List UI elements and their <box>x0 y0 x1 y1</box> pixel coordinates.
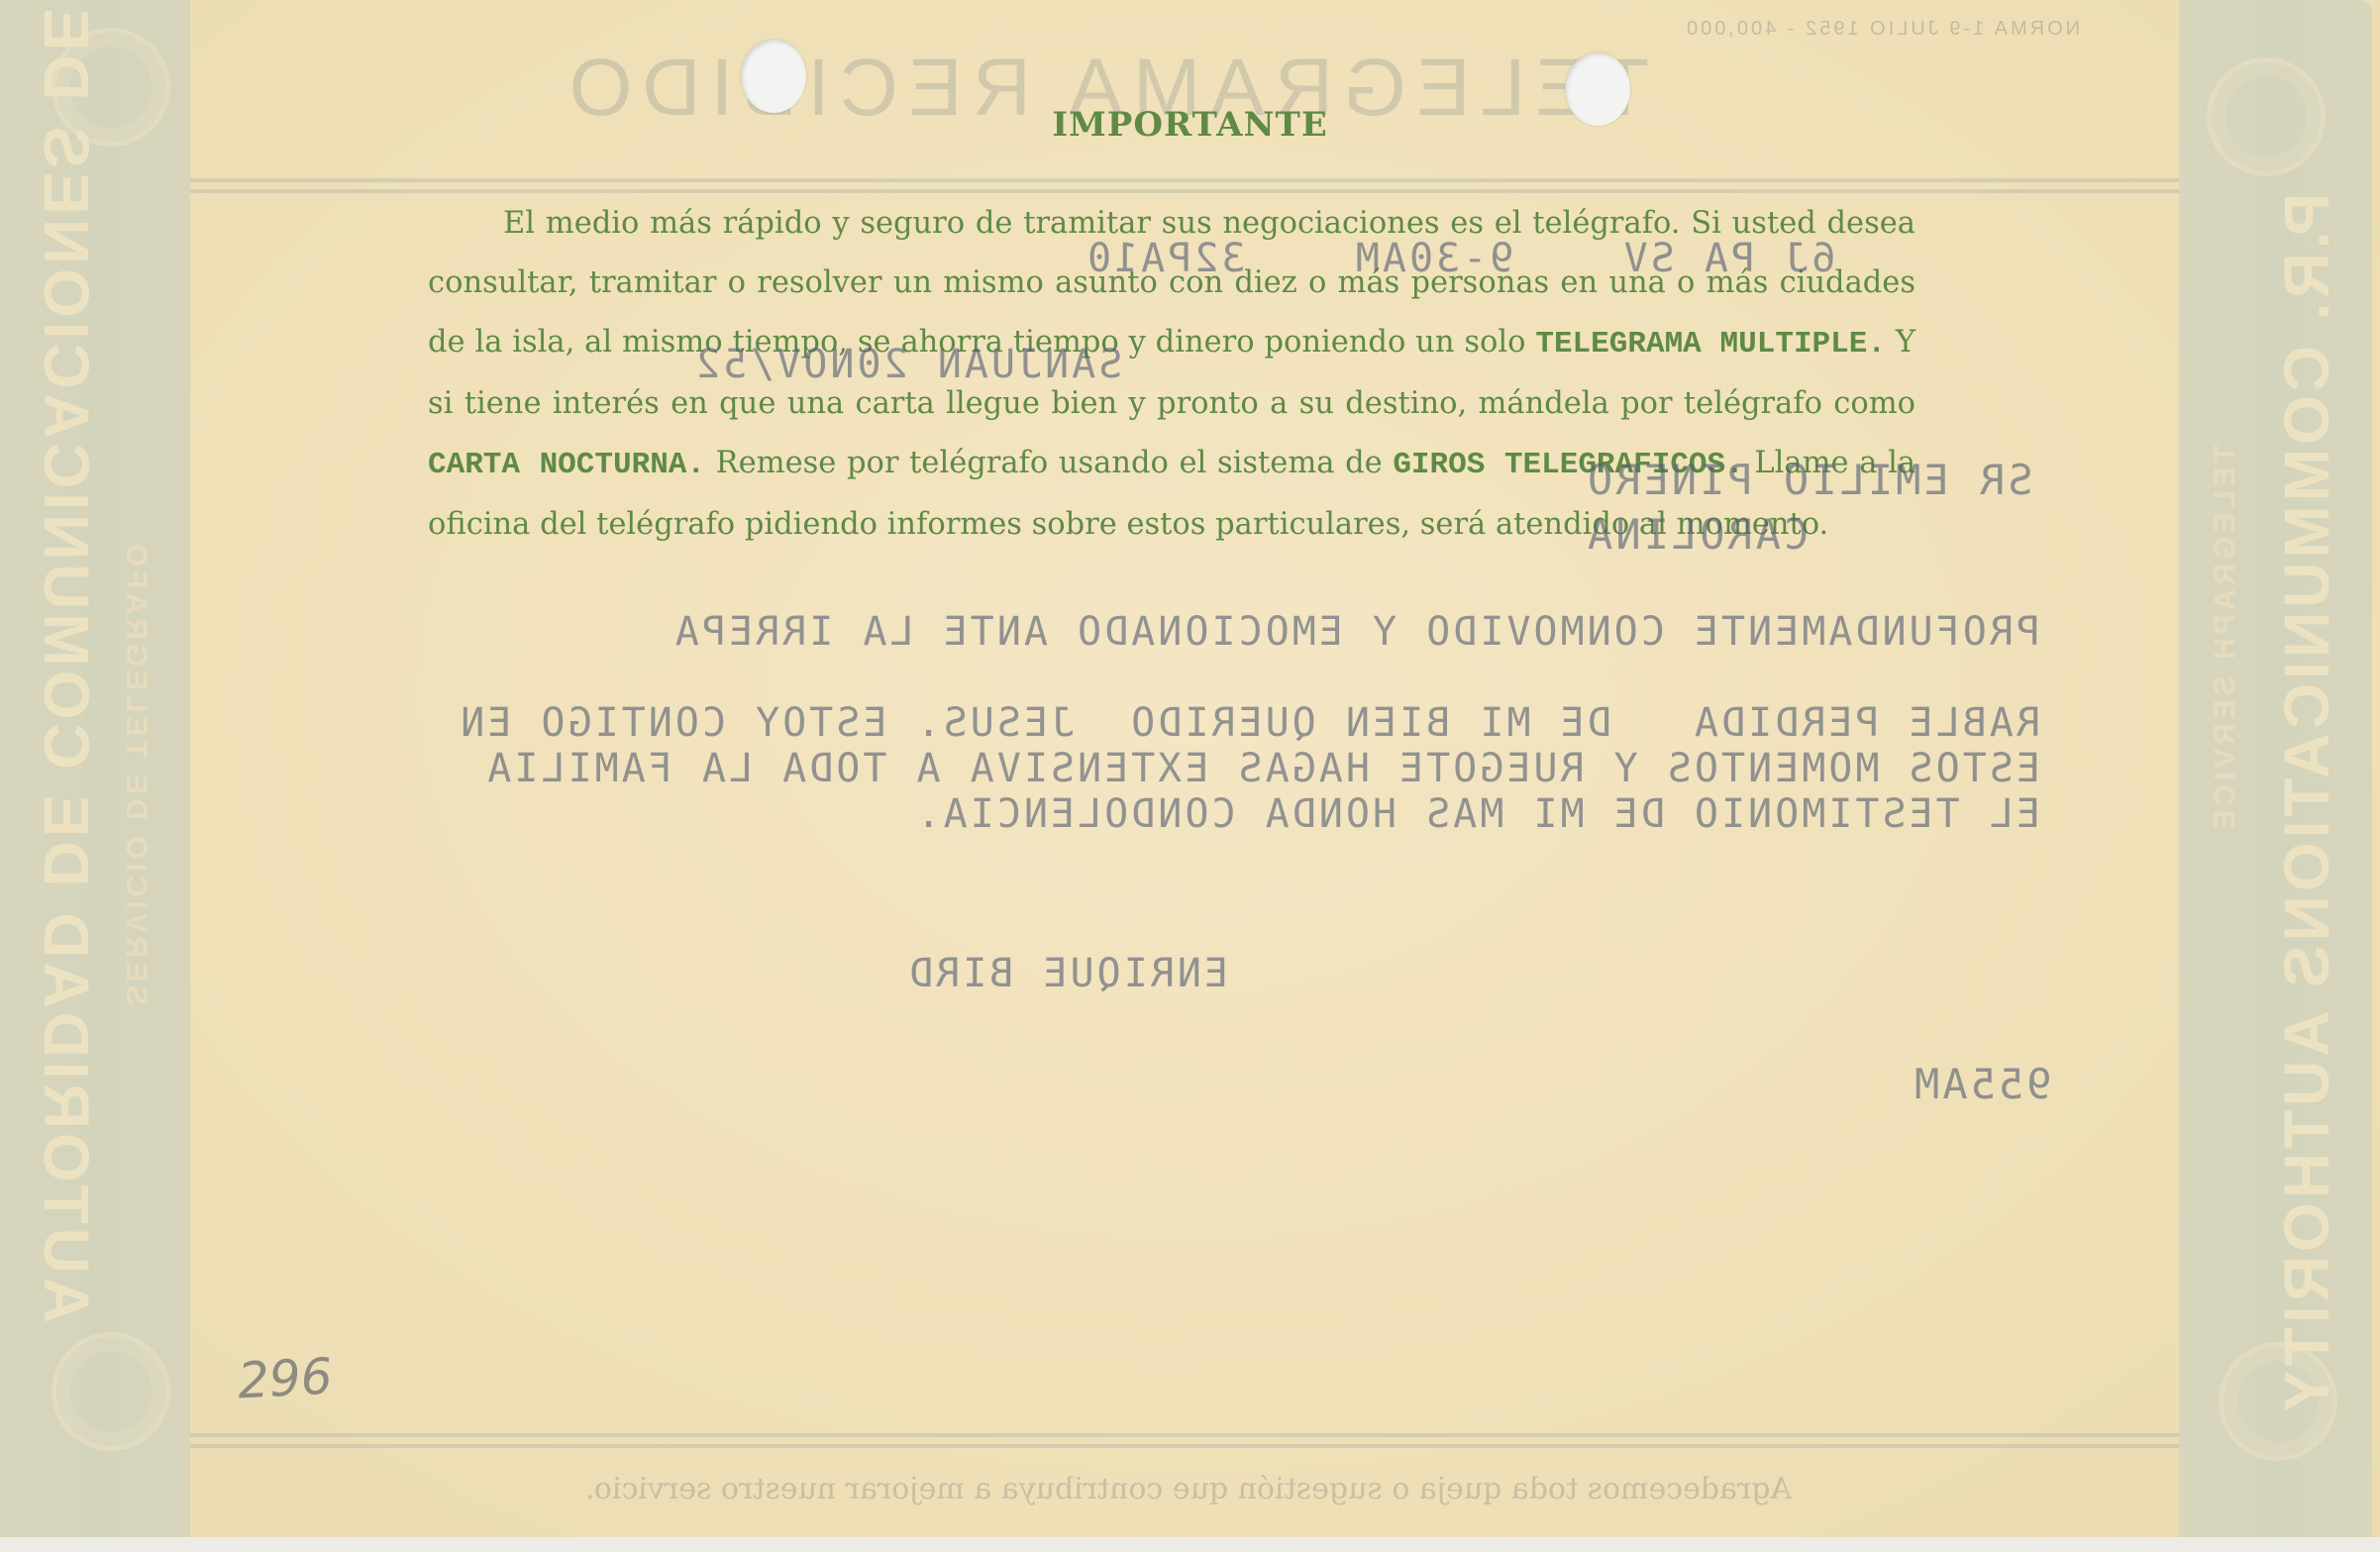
telegram-sender: ENRIQUE BIRD <box>906 951 1228 996</box>
footer-rule <box>190 1433 2179 1437</box>
notice-text: Remese por telégrafo usando el sistema d… <box>705 446 1393 480</box>
right-banner-subtitle: TELEGRAPH SERVICE <box>2209 391 2242 886</box>
footer-rule <box>190 1444 2179 1448</box>
seal-icon <box>2219 1342 2337 1461</box>
right-banner-title: P.R. COMMUNICATIONS AUTHORITY <box>2270 193 2343 1332</box>
form-number-bleed: NORMA 1-9 JULIO 1952 - 400,000 <box>1684 18 2080 41</box>
seal-icon <box>52 1332 170 1451</box>
left-banner-title: AUTORIDAD DE COMUNICACIONES DE P.R. <box>30 174 103 1323</box>
notice-emphasis-carta-nocturna: CARTA NOCTURNA. <box>428 448 705 482</box>
telegram-header-codes: 6J PA SV 9-30AM 32PA10 <box>1085 236 1835 281</box>
left-side-banner: AUTORIDAD DE COMUNICACIONES DE P.R. SERV… <box>0 0 190 1537</box>
telegram-origin-date: SANJUAN 20NOV/52 <box>693 342 1122 387</box>
punch-hole <box>741 40 806 113</box>
telegram-received-time: 955AM <box>1912 1060 2051 1108</box>
header-rule <box>190 178 2179 182</box>
paper-bottom-edge <box>0 1537 2380 1552</box>
telegram-message: PROFUNDAMENTE CONMOVIDO Y EMOCIONADO ANT… <box>262 609 2040 837</box>
footer-notice-bleed: Agradecemos toda queja o sugestión que c… <box>396 1472 1981 1506</box>
right-side-banner: P.R. COMMUNICATIONS AUTHORITY TELEGRAPH … <box>2179 0 2372 1537</box>
left-banner-subtitle: SERVICIO DE TELEGRAFO <box>119 515 153 1030</box>
notice-title: IMPORTANTE <box>0 105 2380 145</box>
handwritten-number: 296 <box>237 1348 334 1410</box>
notice-emphasis-telegrama-multiple: TELEGRAMA MULTIPLE. <box>1535 327 1886 362</box>
telegram-recipient-city: CAROLINA <box>1585 510 1809 559</box>
header-rule <box>190 189 2179 193</box>
telegram-recipient-name: SR EMILIO PINERO <box>1585 456 2033 504</box>
